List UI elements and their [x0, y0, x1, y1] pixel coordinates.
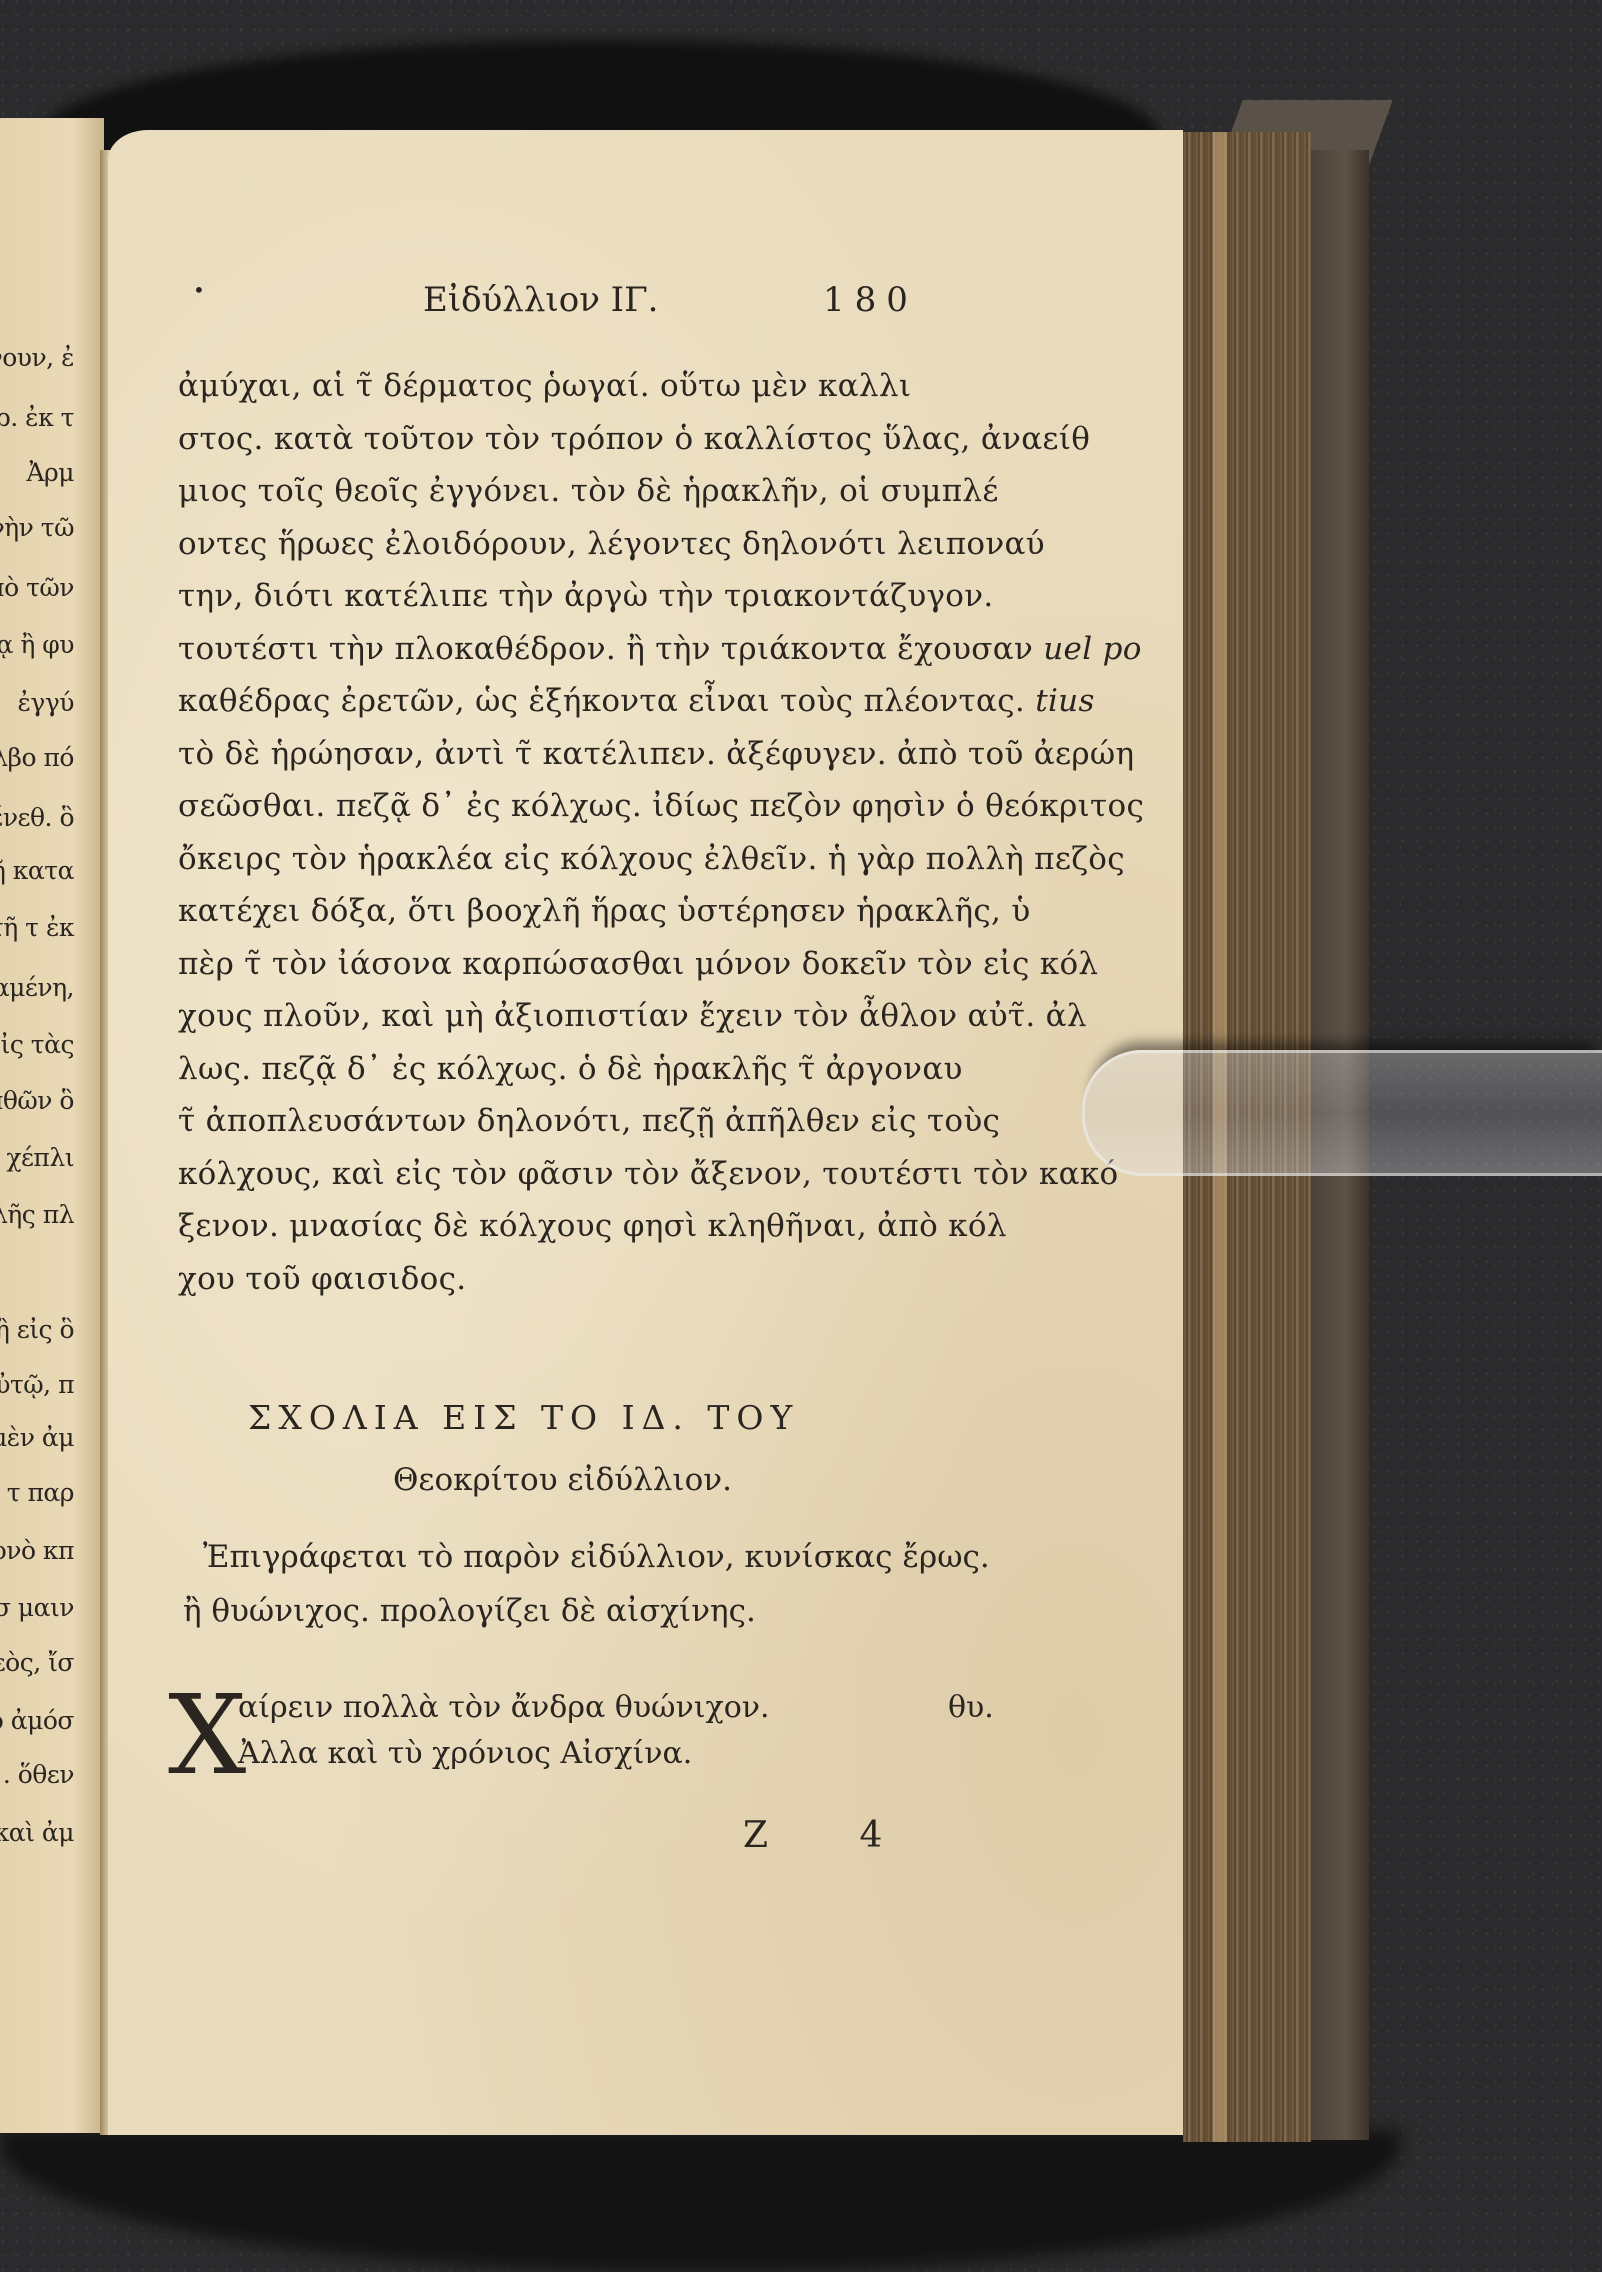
text-line: λως. πεζᾷ δ᾽ ἐς κόλχως. ὁ δὲ ἡρακλῆς τ̃ …: [178, 1043, 1008, 1096]
text-line: την, διότι κατέλιπε τὴν ἀργὼ τὴν τριακον…: [178, 570, 1008, 623]
text-line: τουτέστι τὴν πλοκαθέδρον. ἢ τὴν τριάκοντ…: [178, 623, 1008, 676]
text-line-greek: τουτέστι τὴν πλοκαθέδρον. ἢ τὴν τριάκοντ…: [178, 631, 1033, 667]
glass-page-weight: [1082, 1050, 1602, 1176]
argument-paragraph: Ἐπιγράφεται τὸ παρὸν εἰδύλλιον, κυνίσκας…: [203, 1530, 990, 1638]
left-line: ἢ εἰς ὃ: [0, 1315, 74, 1344]
left-line: ὑπὸ τῶν: [0, 573, 74, 602]
left-line: εξαμένη,: [0, 973, 74, 1002]
text-line: κόλχους, καὶ εἰς τὸν φᾶσιν τὸν ἄξενον, τ…: [178, 1148, 1008, 1201]
verse-line: Ἀλλα καὶ τὺ χρόνιος Αἰσχίνα.: [238, 1731, 770, 1777]
text-line: μιος τοῖς θεοῖς ἐγγόνει. τὸν δὲ ἡρακλῆν,…: [178, 465, 1008, 518]
bottom-shadow: [0, 2130, 1400, 2272]
text-line: ἢ θυώνιχος. προλογίζει δὲ αἰσχίνης.: [183, 1584, 990, 1638]
running-head-title: Εἰδύλλιον ΙΓ.: [423, 280, 659, 320]
text-line: χου τοῦ φαισιδος.: [178, 1253, 1008, 1306]
signature-mark: Z 4: [743, 1815, 922, 1856]
commentary-body: ἀμύχαι, αἱ τ̃ δέρματος ῥωγαί. οὕτω μὲν κ…: [178, 360, 1008, 1305]
text-line-greek: καθέδρας ἐρετῶν, ὡς ἑξήκοντα εἶναι τοὺς …: [178, 683, 1025, 719]
left-line: τ παρ: [7, 1478, 74, 1507]
left-line: ὁ ἀμόσ: [0, 1706, 74, 1735]
text-line: τ̃ ἀποπλευσάντων δηλονότι, πεζῇ ἀπῆλθεν …: [178, 1095, 1008, 1148]
left-line: Ἀρμ: [27, 458, 75, 487]
text-line: Ἐπιγράφεται τὸ παρὸν εἰδύλλιον, κυνίσκας…: [203, 1530, 990, 1584]
text-line: πὲρ τ̃ τὸν ἰάσονα καρπώσασθαι μόνον δοκε…: [178, 938, 1008, 991]
left-line: αὐτῷ, π: [0, 1370, 74, 1399]
drop-cap-initial: X: [168, 1680, 246, 1790]
left-line: ἔνεθ. ὃ: [0, 803, 74, 832]
left-line: καὶ ἀμ: [0, 1818, 74, 1847]
left-line: ἐ, εἰς τὰς: [0, 1030, 74, 1059]
text-line: κατέχει δόξα, ὅτι βοοχλῆ ἥρας ὑστέρησεν …: [178, 885, 1008, 938]
left-line: μὲν ἀμ: [0, 1423, 74, 1452]
left-line: πθῶν ὃ: [0, 1086, 74, 1115]
text-line: τὸ δὲ ἡρώησαν, ἀντὶ τ̃ κατέλιπεν. ἀξέφυγ…: [178, 728, 1008, 781]
left-line: ιλβο πό: [0, 743, 74, 772]
left-line: κλῆς πλ: [0, 1200, 74, 1229]
left-line: ἐγγύ: [18, 688, 75, 717]
text-line: ξενον. μνασίας δὲ κόλχους φησὶ κληθῆναι,…: [178, 1200, 1008, 1253]
latin-gloss: uel po: [1043, 631, 1141, 667]
text-line: στος. κατὰ τοῦτον τὸν τρόπον ὁ καλλίστος…: [178, 413, 1008, 466]
text-line: χους πλοῦν, καὶ μὴ ἀξιοπιστίαν ἔχειν τὸν…: [178, 990, 1008, 1043]
left-line: ν. ἤγουν, ἐ: [0, 343, 74, 372]
left-line: θῆ κατα: [0, 856, 74, 885]
text-line: ὄκειρς τὸν ἡρακλέα εἰς κόλχους ἐλθεῖν. ἡ…: [178, 833, 1008, 886]
text-line: οντες ἥρωες ἐλοιδόρουν, λέγοντες δηλονότ…: [178, 518, 1008, 571]
section-subheading: Θεοκρίτου εἰδύλλιον.: [393, 1462, 732, 1498]
running-head: • Εἰδύλλιον ΙΓ. 180: [178, 280, 1008, 340]
verse-block: αίρειν πολλὰ τὸν ἄνδρα θυώνιχον. Ἀλλα κα…: [238, 1685, 770, 1777]
left-line: χέπλι: [6, 1143, 74, 1172]
left-line: υω . ὅθεν: [0, 1760, 74, 1789]
left-line: θεὸς, ἴσ: [0, 1648, 74, 1677]
speaker-label: θυ.: [948, 1690, 994, 1725]
left-line: ρᾳ ἢ φυ: [0, 630, 74, 659]
section-heading: ΣΧΟΛΙΑ ΕΙΣ ΤΟ ΙΔ. ΤΟΥ: [248, 1398, 799, 1437]
text-line: σεῶσθαι. πεζᾷ δ᾽ ἐς κόλχως. ἰδίως πεζὸν …: [178, 780, 1008, 833]
head-marker: •: [193, 278, 205, 302]
left-line: εσονὸ κπ: [0, 1536, 74, 1565]
left-line: ώσ μαιν: [0, 1593, 74, 1622]
latin-gloss: tius: [1035, 683, 1094, 719]
verse-line: αίρειν πολλὰ τὸν ἄνδρα θυώνιχον.: [238, 1685, 770, 1731]
left-line: τῆ τ ἐκ: [0, 913, 74, 942]
page-number: 180: [823, 280, 918, 320]
text-line: καθέδρας ἐρετῶν, ὡς ἑξήκοντα εἶναι τοὺς …: [178, 675, 1008, 728]
left-page-fragment: ν. ἤγουν, ἐ αρ. ἐκ τ Ἀρμ φωνὴν τῶ ὑπὸ τῶ…: [0, 118, 104, 2133]
left-line: αρ. ἐκ τ: [0, 403, 74, 432]
text-line: ἀμύχαι, αἱ τ̃ δέρματος ῥωγαί. οὕτω μὲν κ…: [178, 360, 1008, 413]
left-line: φωνὴν τῶ: [0, 513, 74, 542]
